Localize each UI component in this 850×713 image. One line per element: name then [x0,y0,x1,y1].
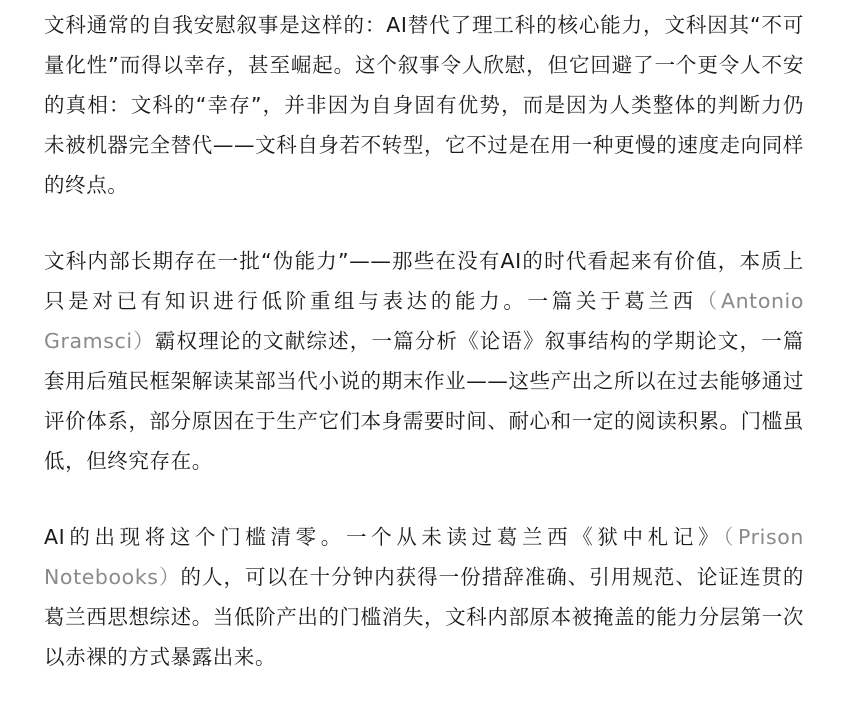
paragraph-text: 霸权理论的文献综述，一篇分析《论语》叙事结构的学期论文，一篇套用后殖民框架解读某… [44,329,804,473]
paragraph-2: 文科内部长期存在一批“伪能力”——那些在没有AI的时代看起来有价值，本质上只是对… [44,241,804,481]
paragraph-text: AI的出现将这个门槛清零。一个从未读过葛兰西《狱中札记》 [44,525,723,549]
article-body: 文科通常的自我安慰叙事是这样的：AI替代了理工科的核心能力，文科因其“不可量化性… [44,5,804,688]
paragraph-3: AI的出现将这个门槛清零。一个从未读过葛兰西《狱中札记》（Prison Note… [44,517,804,677]
paragraph-1: 文科通常的自我安慰叙事是这样的：AI替代了理工科的核心能力，文科因其“不可量化性… [44,5,804,205]
paragraph-text: 文科内部长期存在一批“伪能力”——那些在没有AI的时代看起来有价值，本质上只是对… [44,249,804,313]
paragraph-text: 文科通常的自我安慰叙事是这样的：AI替代了理工科的核心能力，文科因其“不可量化性… [44,13,804,197]
